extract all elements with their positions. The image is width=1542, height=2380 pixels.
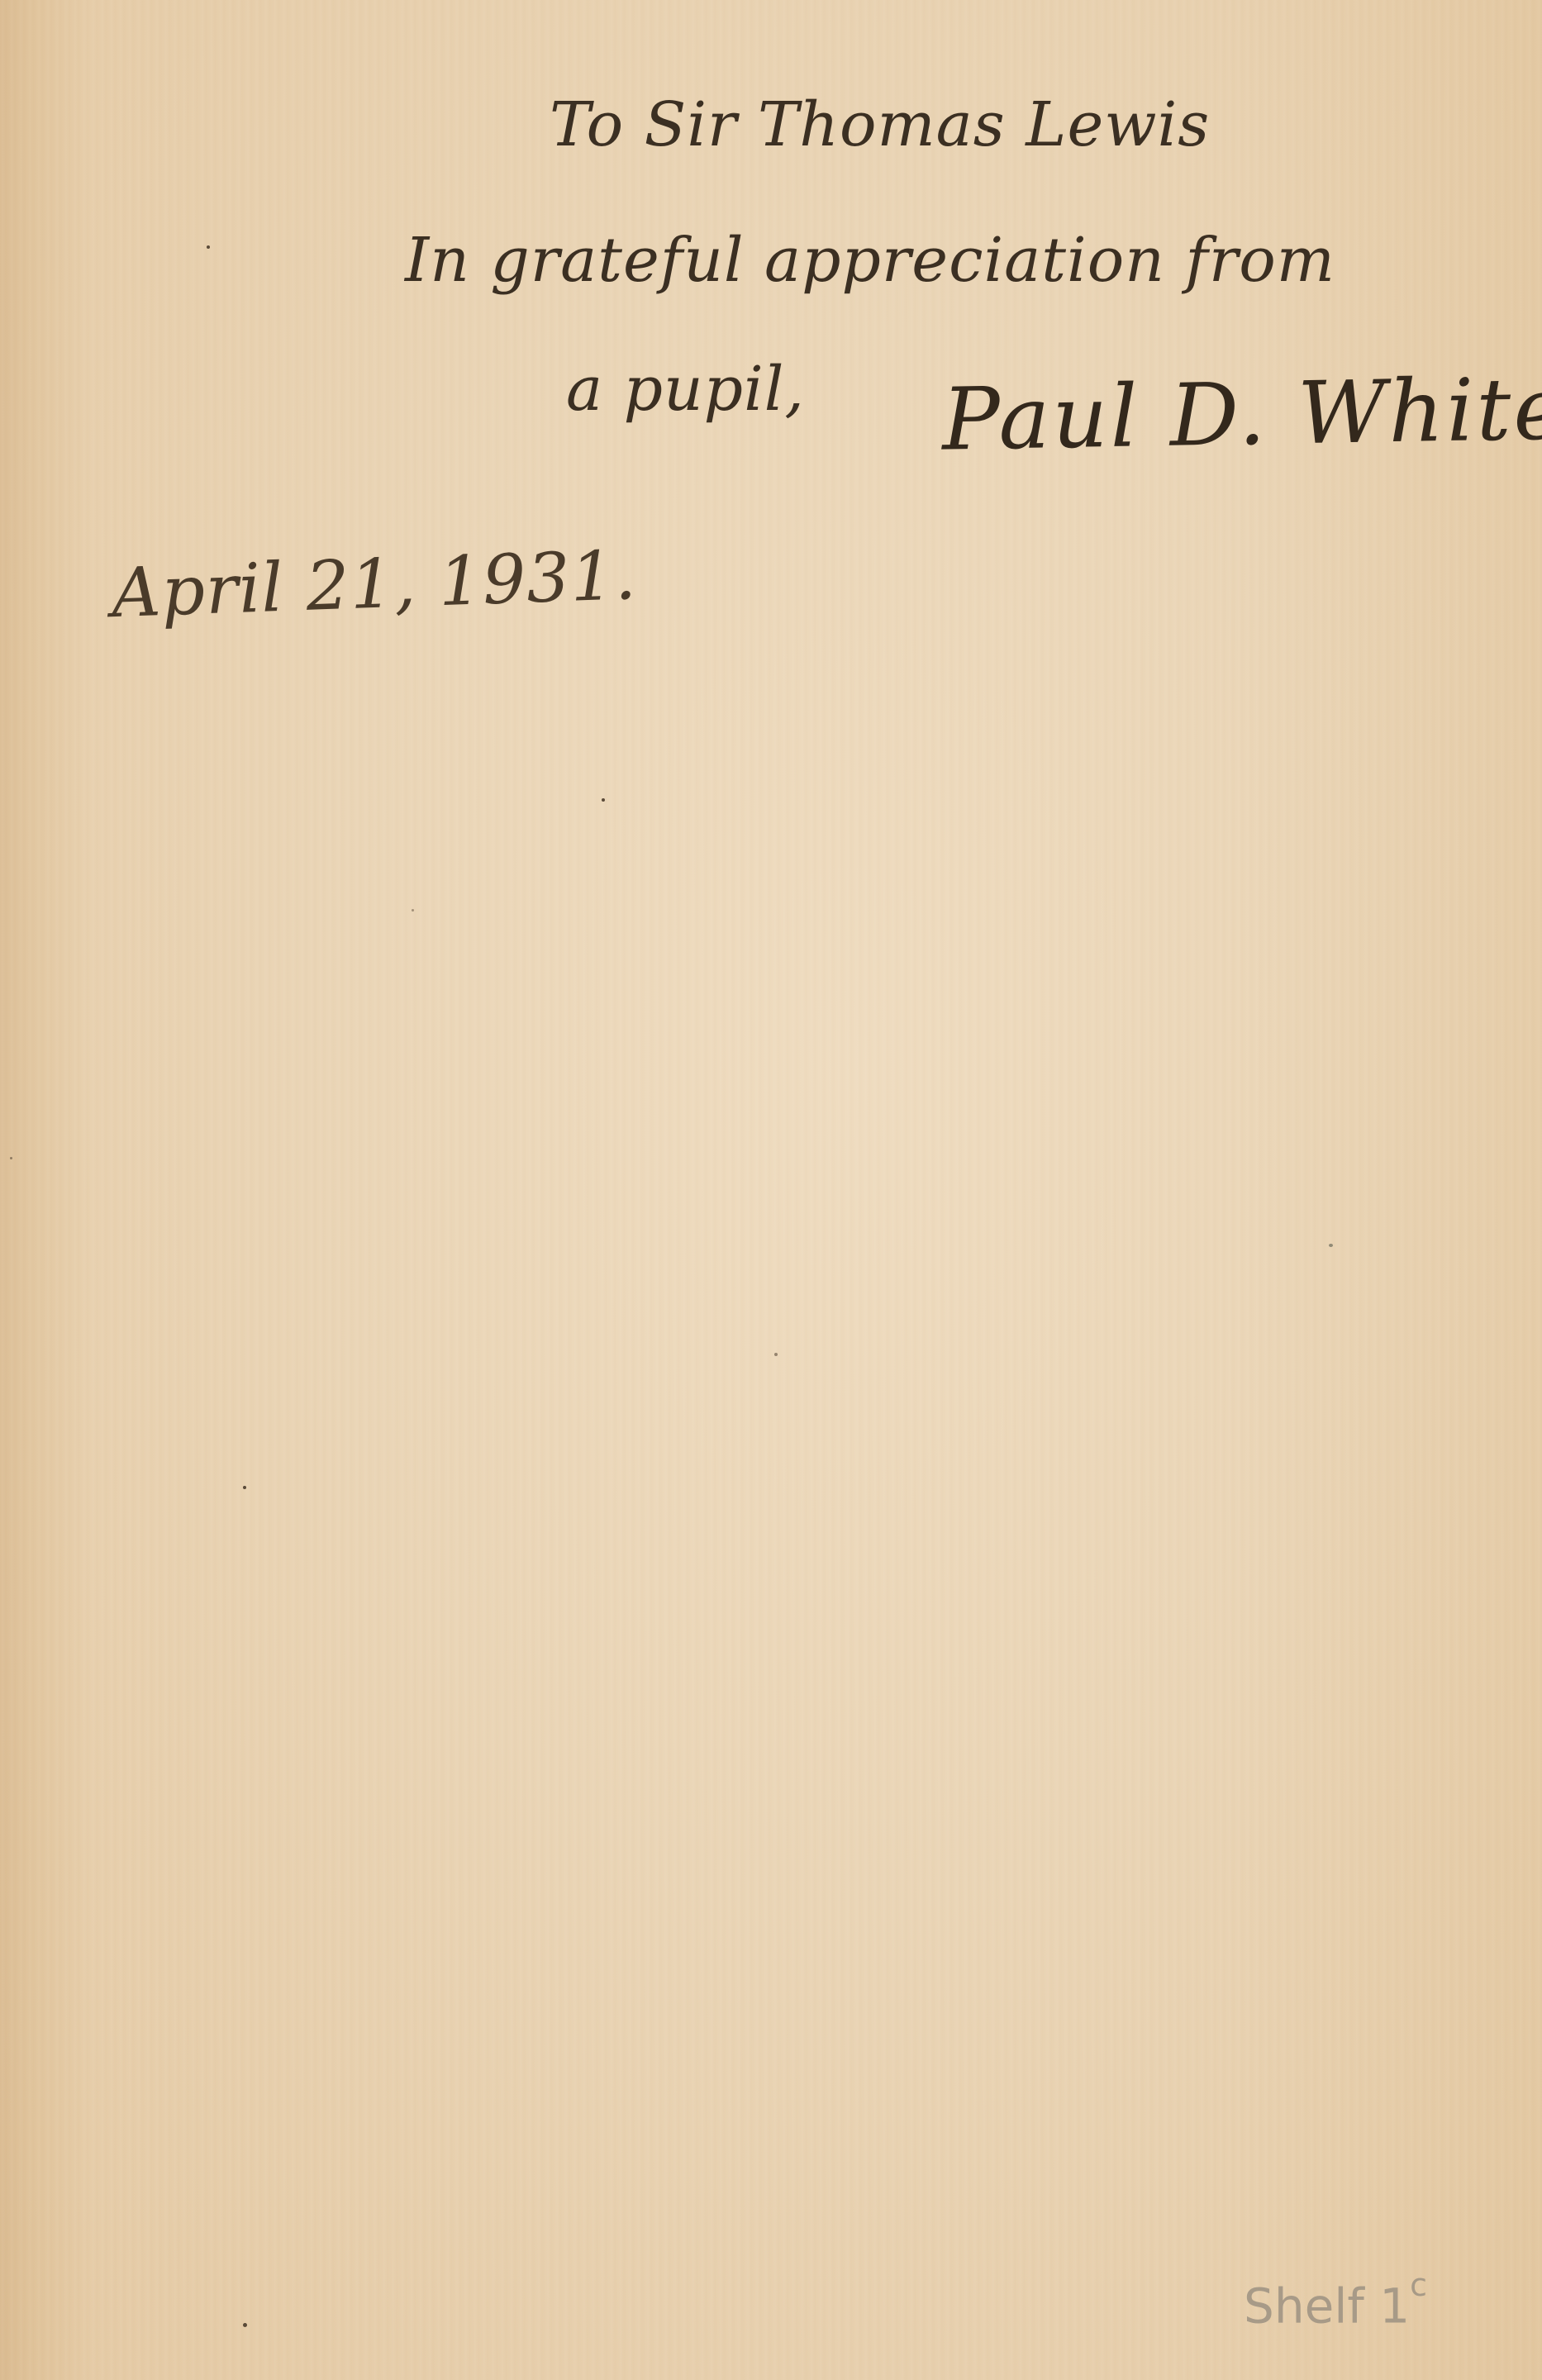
pencil-shelf-text: Shelf 1 [1244,2278,1410,2334]
paper-speck [207,245,210,249]
paper-speck [412,909,414,912]
paper-speck [10,1157,12,1159]
paper-speck [243,2323,247,2327]
inscription-line-appreciation: In grateful appreciation from [405,225,1335,296]
inscription-date: April 21, 1931. [111,536,639,633]
paper-speck [1329,1244,1333,1247]
book-page: To Sir Thomas Lewis In grateful apprecia… [0,0,1542,2380]
paper-speck [602,798,605,802]
pencil-shelf-superscript: c [1410,2267,1427,2303]
paper-speck [243,1486,246,1489]
paper-speck [774,1353,778,1356]
signature: Paul D. White [941,358,1542,469]
inscription-line-pupil: a pupil, [566,354,805,425]
pencil-shelf-note: Shelf 1c [1244,2277,1427,2334]
inscription-line-recipient: To Sir Thomas Lewis [550,89,1210,160]
